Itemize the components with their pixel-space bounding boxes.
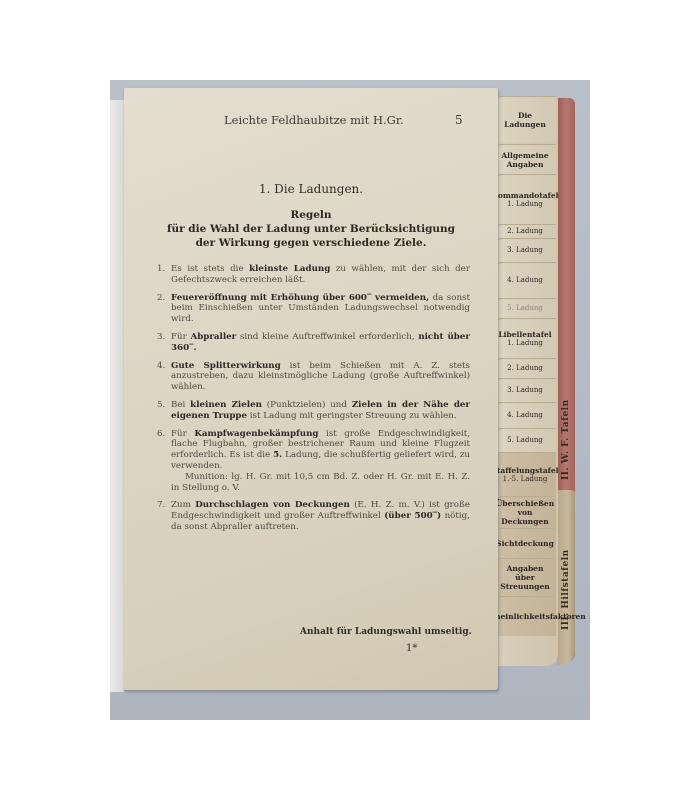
running-head: Leichte Feldhaubitze mit H.Gr. xyxy=(224,113,474,127)
rule-emphasis: Gute Splitterwirkung xyxy=(171,361,281,371)
index-tab[interactable]: 4. Ladung xyxy=(494,402,556,428)
signature-mark: 1* xyxy=(406,643,417,654)
rule-number: 7. xyxy=(157,500,165,511)
rule-item: 6.Für Kampfwagenbekämpfung ist große End… xyxy=(160,429,470,494)
index-tab-subtitle: 2. Ladung xyxy=(507,364,543,373)
index-tab[interactable]: 5. Ladung xyxy=(494,298,556,318)
munition-note: Munition: lg. H. Gr. mit 10,5 cm Bd. Z. … xyxy=(171,472,470,494)
index-tab-subtitle: 1. Ladung xyxy=(507,200,543,209)
index-tab-subtitle: 4. Ladung xyxy=(507,411,543,420)
index-tab-subtitle: 3. Ladung xyxy=(507,246,543,255)
index-tab-title: Die Ladungen xyxy=(496,111,554,129)
index-tab-title: Kommandotafel xyxy=(492,191,559,200)
index-tab[interactable]: 4. Ladung xyxy=(494,262,556,298)
index-tab-subtitle: 1. Ladung xyxy=(507,339,543,348)
rule-text: sind kleine Auftreffwinkel erforderlich, xyxy=(236,332,418,342)
rule-text: Für xyxy=(171,332,190,342)
rule-number: 3. xyxy=(157,332,165,343)
index-tab[interactable]: 2. Ladung xyxy=(494,224,556,238)
rule-text: Für xyxy=(171,429,194,439)
index-tab-subtitle: 4. Ladung xyxy=(507,276,543,285)
rule-number: 6. xyxy=(157,429,165,440)
rule-text: ist Ladung mit geringster Streuung zu wä… xyxy=(247,411,457,421)
index-tab[interactable]: 5. Ladung xyxy=(494,428,556,452)
index-tab[interactable]: 2. Ladung xyxy=(494,358,556,378)
footer-note: Anhalt für Ladungswahl umseitig. xyxy=(300,627,472,637)
index-tab-title: Sichtdeckung xyxy=(496,539,554,548)
rule-emphasis: (über 500‾) xyxy=(384,511,441,521)
page-number: 5 xyxy=(455,113,463,127)
index-tab[interactable]: Staffelungstafel1.-5. Ladung xyxy=(494,452,556,496)
index-tab-subtitle: 1.-5. Ladung xyxy=(503,475,548,484)
rules-heading-line: der Wirkung gegen verschiedene Ziele. xyxy=(144,236,478,250)
section-title: 1. Die Ladungen. xyxy=(124,182,498,196)
index-tab[interactable]: 3. Ladung xyxy=(494,238,556,262)
rule-number: 5. xyxy=(157,400,165,411)
index-tab-stack: Die LadungenAllgemeine AngabenKommandota… xyxy=(494,96,558,666)
index-tab[interactable]: 3. Ladung xyxy=(494,378,556,402)
index-tab[interactable]: Kommandotafel1. Ladung xyxy=(494,174,556,224)
index-tab[interactable]: Angaben über Streuungen xyxy=(494,558,556,596)
rule-number: 4. xyxy=(157,361,165,372)
index-tab[interactable]: Wahrscheinlichkeitsfaktoren xyxy=(494,596,556,636)
index-tab-subtitle: 2. Ladung xyxy=(507,227,543,236)
rule-item: 3.Für Abpraller sind kleine Auftreffwink… xyxy=(160,332,470,354)
index-tab[interactable]: Libellentafel1. Ladung xyxy=(494,318,556,358)
index-tab-title: Libellentafel xyxy=(498,330,551,339)
index-tab[interactable]: Überschießen von Deckungen xyxy=(494,496,556,528)
rule-item: 1.Es ist stets die kleinste Ladung zu wä… xyxy=(160,264,470,286)
rule-number: 2. xyxy=(157,293,165,304)
rules-heading-line: Regeln xyxy=(144,208,478,222)
rule-text: (Punktzielen) und xyxy=(262,400,352,410)
rule-emphasis: Kampfwagenbekämpfung xyxy=(194,429,318,439)
index-tab-title: Staffelungstafel xyxy=(491,466,558,475)
rule-item: 7.Zum Durchschlagen von Deckungen (E. H.… xyxy=(160,500,470,532)
index-tab[interactable]: Sichtdeckung xyxy=(494,528,556,558)
rule-text: Es ist stets die xyxy=(171,264,249,274)
rules-heading: Regeln für die Wahl der Ladung unter Ber… xyxy=(144,208,478,250)
rule-emphasis: kleinen Zielen xyxy=(190,400,262,410)
index-tab-title: Überschießen von Deckungen xyxy=(496,499,554,526)
index-tab-title: Angaben über Streuungen xyxy=(496,564,554,591)
rule-emphasis: Abpraller xyxy=(190,332,236,342)
index-tab[interactable]: Die Ladungen xyxy=(494,96,556,142)
page-left-edge xyxy=(110,100,124,692)
rule-emphasis: 5. xyxy=(273,450,282,460)
index-tab-subtitle: 5. Ladung xyxy=(507,304,543,313)
index-tab-subtitle: 3. Ladung xyxy=(507,386,543,395)
rule-text: Bei xyxy=(171,400,190,410)
rule-text: Zum xyxy=(171,500,195,510)
rule-emphasis: Durchschlagen von Deckungen xyxy=(195,500,350,510)
rule-item: 2.Feuereröffnung mit Erhöhung über 600‾ … xyxy=(160,293,470,325)
rule-item: 5.Bei kleinen Zielen (Punktzielen) und Z… xyxy=(160,400,470,422)
index-tab[interactable]: Allgemeine Angaben xyxy=(494,144,556,174)
rules-list: 1.Es ist stets die kleinste Ladung zu wä… xyxy=(160,264,470,540)
rule-emphasis: kleinste Ladung xyxy=(249,264,330,274)
rules-heading-line: für die Wahl der Ladung unter Berücksich… xyxy=(144,222,478,236)
rule-item: 4.Gute Splitterwirkung ist beim Schießen… xyxy=(160,361,470,393)
book-page: Leichte Feldhaubitze mit H.Gr. 5 1. Die … xyxy=(124,88,498,690)
index-tab-subtitle: 5. Ladung xyxy=(507,436,543,445)
spine-label-tables: II. W. F. Tafeln xyxy=(561,340,571,480)
rule-number: 1. xyxy=(157,264,165,275)
rule-emphasis: Feuereröffnung mit Erhöhung über 600‾ ve… xyxy=(171,293,429,303)
index-tab-title: Allgemeine Angaben xyxy=(496,151,554,169)
